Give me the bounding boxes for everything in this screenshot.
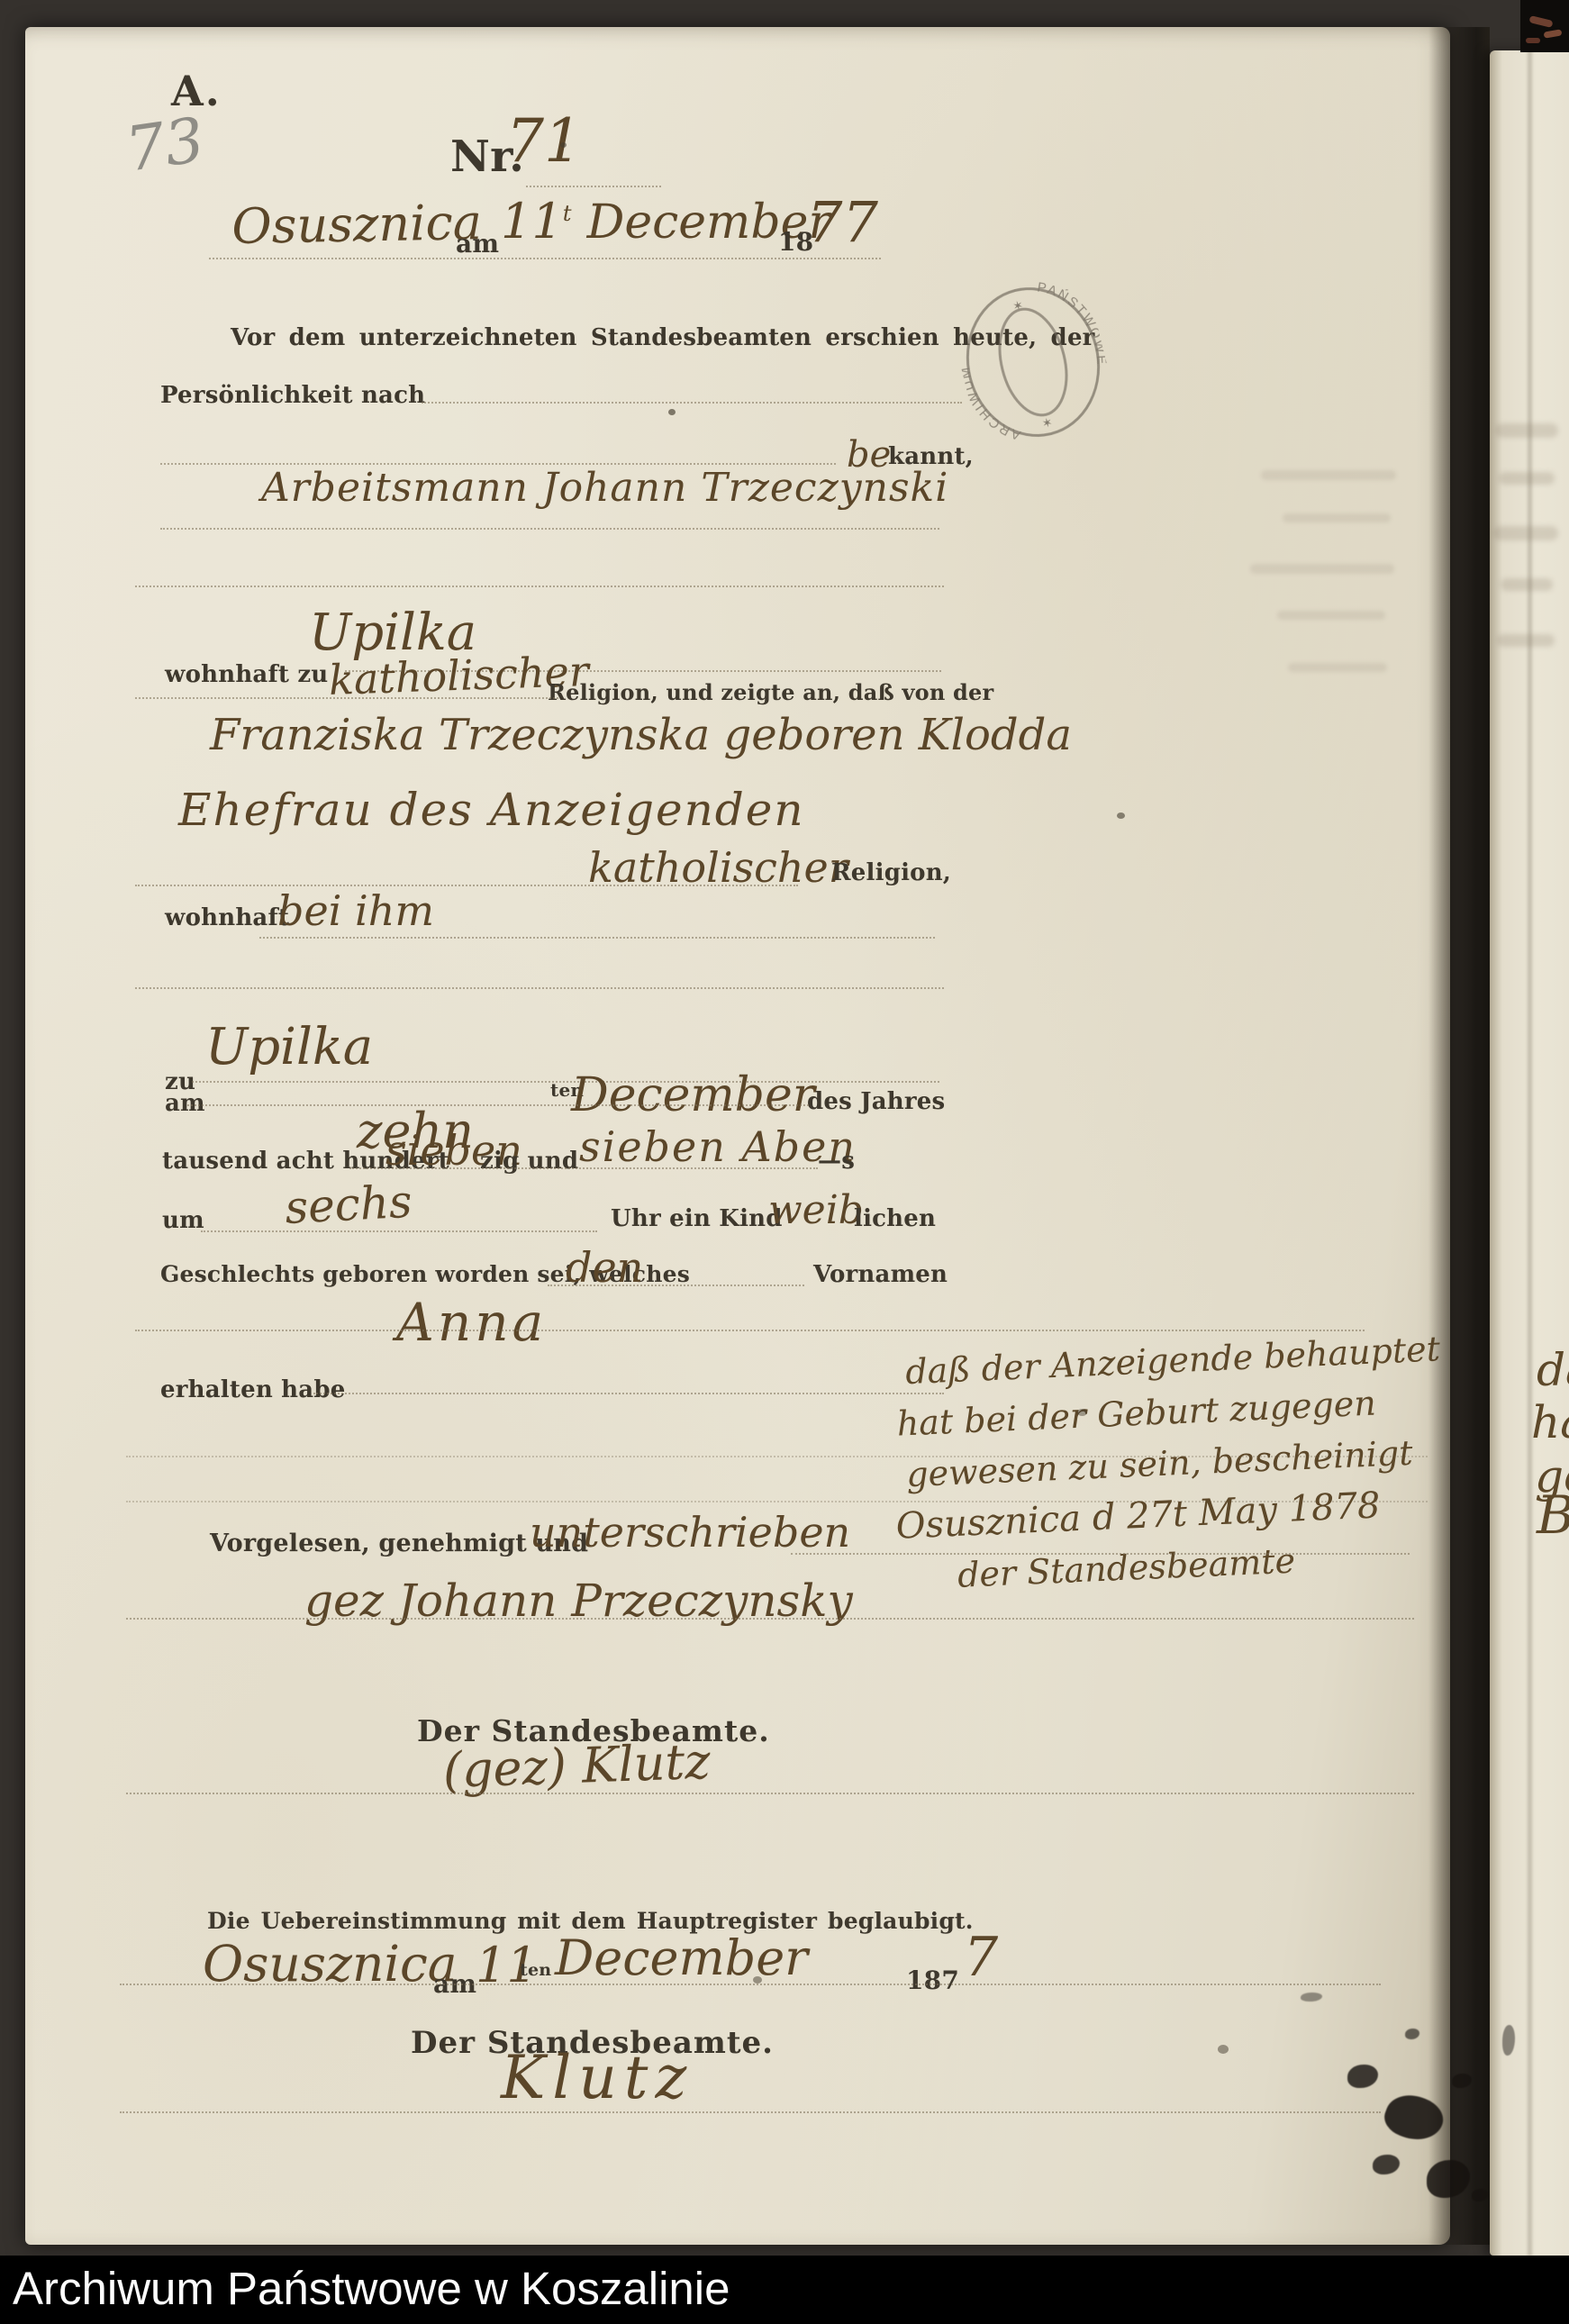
given-name: Anna: [396, 1292, 547, 1353]
birthday-month-hand: December: [571, 1068, 815, 1122]
time-hour-hand: sechs: [284, 1176, 413, 1234]
certification-day-suffix: ten: [520, 1960, 551, 1980]
dateline-day: 11: [501, 193, 563, 250]
received-label: erhalten habe: [160, 1376, 345, 1403]
bleed-through-mark: [1288, 663, 1387, 672]
gender-hand: weib: [768, 1187, 864, 1233]
registrar-signature-2: Klutz: [501, 2043, 694, 2112]
dotted-line: [313, 1393, 944, 1394]
book-binding: [1520, 0, 1569, 52]
dotted-line: [548, 1285, 804, 1286]
dotted-line: [209, 258, 881, 259]
dotted-line: [422, 402, 962, 404]
paper-speck: [560, 142, 567, 148]
religion1-printed: Religion, und zeigte an, daß von der: [548, 679, 993, 705]
paper-speck: [1117, 812, 1125, 819]
dotted-line: [526, 186, 661, 187]
binding-thread: [1526, 38, 1540, 43]
certification-year-hand: 7: [964, 1926, 998, 1989]
dotted-line: [135, 697, 558, 699]
year-hand2: sieben Aben: [579, 1122, 857, 1171]
certification-month: December: [555, 1929, 808, 1986]
marginal-note: daß der Anzeigende behauptet hat bei der…: [904, 1323, 1456, 1603]
read-approved-hand: unterschrieben: [530, 1508, 850, 1557]
dotted-line: [135, 885, 798, 886]
dotted-line: [160, 528, 939, 530]
birthplace-hand: Upilka: [205, 1018, 373, 1076]
archive-name: Archiwum Państwowe w Koszalinie: [13, 2256, 730, 2322]
residence-label: wohnhaft zu: [165, 661, 328, 688]
record-number-value: 71: [506, 106, 582, 176]
dotted-line: [135, 987, 944, 989]
dateline-place: Osusznica: [231, 194, 482, 255]
dateline-year-hand: 77: [807, 189, 878, 255]
binding-thread: [1528, 15, 1553, 28]
dotted-line: [259, 937, 935, 939]
bleed-through-mark: [1495, 423, 1558, 438]
paper-speck: [753, 1976, 762, 1984]
paper-speck: [1218, 2045, 1229, 2054]
dotted-line: [120, 1984, 1381, 1985]
dotted-line: [135, 586, 944, 587]
archive-watermark-bar: Archiwum Państwowe w Koszalinie: [0, 2256, 1569, 2324]
certification-year-printed: 187: [906, 1965, 959, 1995]
birthday-of-year: des Jahres: [807, 1088, 945, 1115]
bleed-through-mark: [1283, 513, 1391, 522]
year-printed2: zig und: [480, 1148, 578, 1175]
residence2-label: wohnhaft: [165, 904, 289, 931]
scan-background: A. 73 Nr. 71 Osusznica am 11t December 1…: [0, 0, 1569, 2324]
page-fold-gutter: [1428, 27, 1490, 2245]
binding-thread: [1544, 29, 1563, 38]
dotted-line: [791, 1553, 1410, 1555]
dotted-line: [349, 1167, 818, 1169]
mother-name: Franziska Trzeczynska geboren Klodda: [210, 710, 1072, 760]
stamp-star-icon: ✶: [1011, 298, 1025, 314]
bleed-through-mark: [1261, 470, 1396, 480]
pencil-annotation: 73: [122, 104, 209, 186]
religion2-printed: Religion,: [831, 859, 951, 886]
bleed-through-mark: [1250, 564, 1394, 574]
bleed-through-mark: [1499, 472, 1555, 485]
dotted-line: [201, 1230, 597, 1232]
mother-relation: Ehefrau des Anzeigenden: [178, 784, 805, 836]
birthday-am: am: [165, 1090, 205, 1117]
stamp-star-icon: ✶: [1040, 415, 1054, 431]
year-printed3: —s: [818, 1148, 855, 1175]
page-crease: [1526, 50, 1534, 2256]
gender-suffix: lichen: [854, 1205, 936, 1232]
dotted-line: [120, 2111, 1381, 2113]
time-um: um: [162, 1207, 204, 1234]
dotted-line: [135, 1330, 1365, 1331]
next-page-note-fragment: da: [1537, 1344, 1569, 1396]
bleed-through-mark: [1497, 634, 1555, 647]
residence2-hand: bei ihm: [277, 886, 434, 935]
dateline-am-label: am: [456, 229, 499, 259]
next-page-note-fragment: ha: [1531, 1396, 1569, 1448]
dateline-day-suffix: t: [563, 200, 572, 226]
paper-speck: [668, 409, 676, 415]
bleed-through-mark: [1501, 578, 1553, 591]
dotted-line: [187, 1104, 809, 1106]
sex-line-printed2: Vornamen: [813, 1261, 948, 1288]
dotted-line: [126, 1793, 1414, 1794]
declarant-name: Arbeitsmann Johann Trzeczynski: [261, 465, 948, 511]
registrar-signature: (gez) Klutz: [442, 1733, 712, 1799]
dotted-line: [126, 1618, 1414, 1620]
paper-speck: [1077, 1409, 1087, 1416]
time-printed: Uhr ein Kind: [611, 1205, 783, 1232]
identity-label: Persönlichkeit nach: [160, 382, 425, 409]
bleed-through-mark: [1277, 611, 1385, 620]
next-page-note-fragment: B: [1537, 1484, 1569, 1546]
bleed-through-mark: [1493, 526, 1558, 540]
document-page: A. 73 Nr. 71 Osusznica am 11t December 1…: [25, 27, 1450, 2245]
